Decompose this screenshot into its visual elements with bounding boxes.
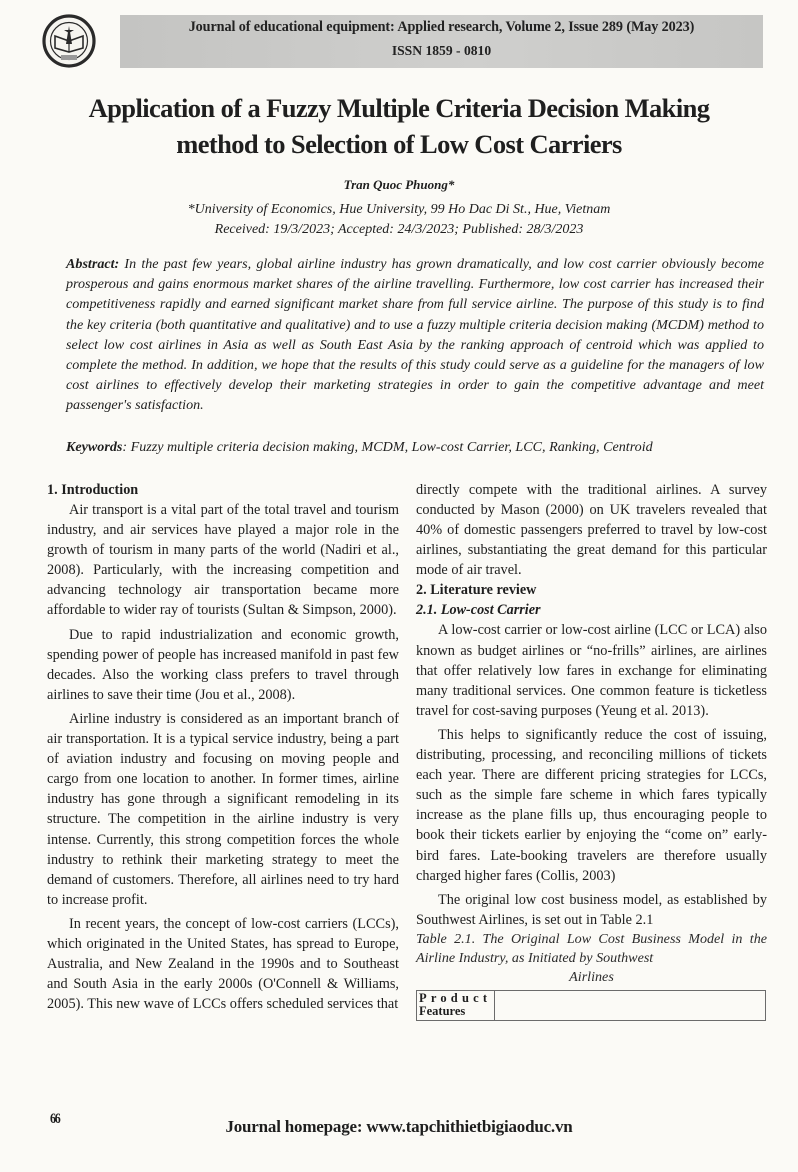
journal-homepage: Journal homepage: www.tapchithietbigiaod… [0, 1117, 798, 1137]
paragraph: Due to rapid industrialization and econo… [47, 625, 399, 705]
journal-citation: Journal of educational equipment: Applie… [120, 19, 763, 36]
abstract-label: Abstract: [66, 256, 119, 272]
publication-dates: Received: 19/3/2023; Accepted: 24/3/2023… [0, 222, 798, 238]
paragraph: This helps to significantly reduce the c… [416, 725, 767, 886]
paragraph: A low-cost carrier or low-cost airline (… [416, 620, 767, 720]
paragraph: Airline industry is considered as an imp… [47, 709, 399, 910]
table-cell [495, 990, 766, 1020]
table-row: Product Features [417, 990, 766, 1020]
section-heading-literature-review: 2. Literature review [416, 580, 767, 600]
section-heading-introduction: 1. Introduction [47, 480, 399, 500]
abstract-text: In the past few years, global airline in… [66, 256, 764, 413]
table-row-header: Product Features [417, 990, 495, 1020]
journal-header-band: Journal of educational equipment: Applie… [120, 15, 763, 68]
table-caption: Table 2.1. The Original Low Cost Busines… [416, 930, 767, 987]
article-title: Application of a Fuzzy Multiple Criteria… [20, 90, 778, 162]
paragraph-continuation: directly compete with the traditional ai… [416, 480, 767, 580]
subsection-heading-low-cost-carrier: 2.1. Low-cost Carrier [416, 600, 767, 620]
abstract: Abstract: In the past few years, global … [66, 254, 764, 416]
table-caption-last: Airlines [416, 968, 767, 987]
table-caption-main: Table 2.1. The Original Low Cost Busines… [416, 931, 767, 966]
keywords: Keywords: Fuzzy multiple criteria decisi… [66, 437, 766, 457]
author: Tran Quoc Phuong* [0, 177, 798, 193]
title-line-1: Application of a Fuzzy Multiple Criteria… [89, 93, 710, 123]
body-right-column: directly compete with the traditional ai… [416, 480, 767, 1021]
table-2-1: Product Features [416, 990, 766, 1021]
journal-emblem-icon [42, 14, 96, 68]
affiliation: *University of Economics, Hue University… [0, 202, 798, 218]
paragraph: In recent years, the concept of low-cost… [47, 914, 399, 1014]
title-line-2: method to Selection of Low Cost Carriers [176, 129, 622, 159]
keywords-label: Keywords [66, 439, 122, 455]
row-header-line-2: Features [419, 1004, 465, 1018]
paragraph: The original low cost business model, as… [416, 890, 767, 930]
issn: ISSN 1859 - 0810 [120, 43, 763, 59]
paragraph: Air transport is a vital part of the tot… [47, 500, 399, 621]
keywords-text: : Fuzzy multiple criteria decision makin… [122, 439, 652, 455]
body-left-column: 1. Introduction Air transport is a vital… [47, 480, 399, 1014]
